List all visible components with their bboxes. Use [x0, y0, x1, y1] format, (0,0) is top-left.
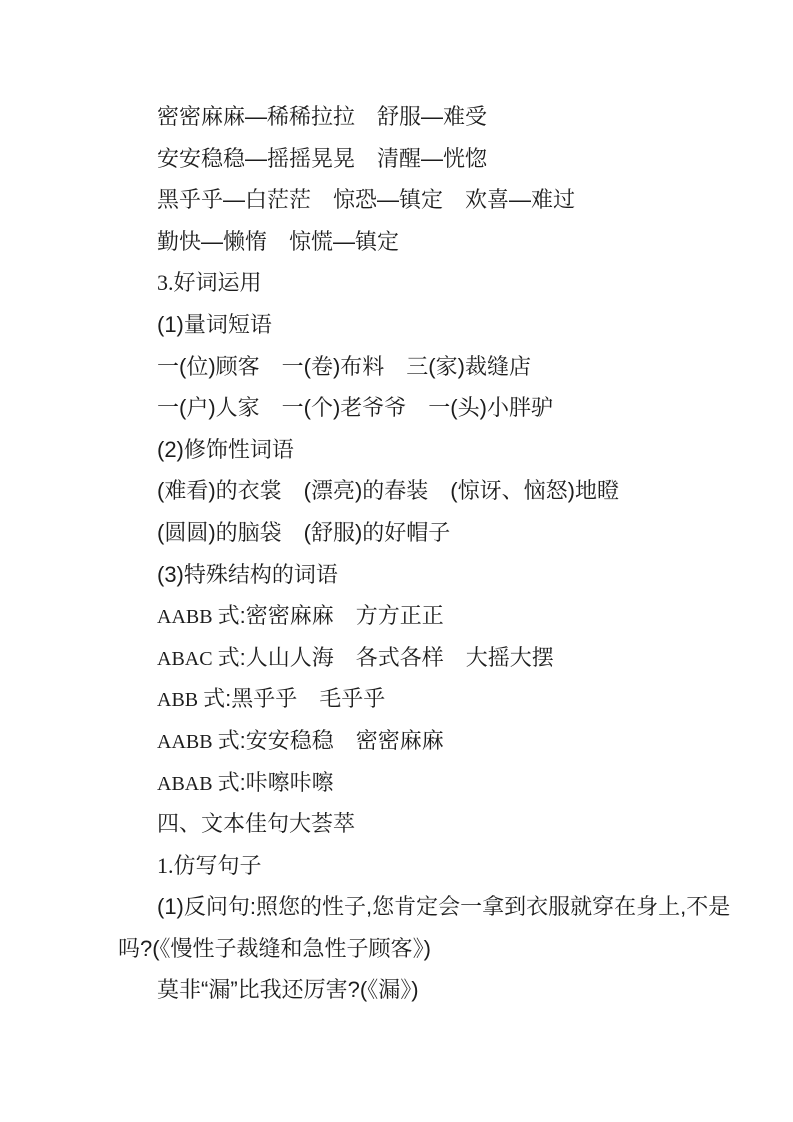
doc-line-text: 式:人山人海 各式各样 大摇大摆 [218, 645, 554, 670]
doc-line-text: 一(位)顾客 一(卷)布料 三(家)裁缝店 [157, 354, 531, 379]
doc-line-rhetorical-question-part1: (1)反问句:照您的性子,您肯定会一拿到衣服就穿在身上,不是 [118, 886, 718, 928]
doc-line-pattern-abac: ABAC 式:人山人海 各式各样 大摇大摆 [118, 637, 718, 679]
doc-line-antonyms-4: 勤快—懒惰 惊慌—镇定 [118, 221, 718, 263]
latin-pattern-prefix: ABAB [157, 773, 218, 795]
doc-line-antonyms-2: 安安稳稳—摇摇晃晃 清醒—恍惚 [118, 138, 718, 180]
doc-line-antonyms-1: 密密麻麻—稀稀拉拉 舒服—难受 [118, 96, 718, 138]
doc-line-measure-words-1: 一(位)顾客 一(卷)布料 三(家)裁缝店 [118, 346, 718, 388]
latin-pattern-prefix: ABAC [157, 648, 218, 670]
doc-line-text: 式:黑乎乎 毛乎乎 [203, 686, 385, 711]
doc-line-modifiers-1: (难看)的衣裳 (漂亮)的春装 (惊讶、恼怒)地瞪 [118, 470, 718, 512]
doc-line-text: (2)修饰性词语 [157, 437, 294, 462]
doc-line-modifiers-2: (圆圆)的脑袋 (舒服)的好帽子 [118, 512, 718, 554]
doc-line-text: 1.仿写句子 [157, 853, 262, 878]
doc-line-text: 式:咔嚓咔嚓 [218, 770, 334, 795]
doc-heading-section-four: 四、文本佳句大荟萃 [118, 803, 718, 845]
latin-pattern-prefix: AABB [157, 731, 218, 753]
doc-subheading-modifiers: (2)修饰性词语 [118, 429, 718, 471]
doc-line-text: 式:安安稳稳 密密麻麻 [218, 728, 444, 753]
doc-heading-good-words: 3.好词运用 [118, 262, 718, 304]
doc-line-pattern-aabb-2: AABB 式:安安稳稳 密密麻麻 [118, 720, 718, 762]
doc-line-text: 勤快—懒惰 惊慌—镇定 [157, 229, 399, 254]
document-page: 密密麻麻—稀稀拉拉 舒服—难受 安安稳稳—摇摇晃晃 清醒—恍惚 黑乎乎—白茫茫 … [0, 0, 793, 1122]
doc-line-text: (圆圆)的脑袋 (舒服)的好帽子 [157, 520, 450, 545]
document-text-block: 密密麻麻—稀稀拉拉 舒服—难受 安安稳稳—摇摇晃晃 清醒—恍惚 黑乎乎—白茫茫 … [118, 96, 718, 1011]
doc-line-pattern-abb: ABB 式:黑乎乎 毛乎乎 [118, 678, 718, 720]
doc-line-pattern-abab: ABAB 式:咔嚓咔嚓 [118, 762, 718, 804]
doc-line-text: (难看)的衣裳 (漂亮)的春装 (惊讶、恼怒)地瞪 [157, 478, 619, 503]
doc-line-pattern-aabb-1: AABB 式:密密麻麻 方方正正 [118, 595, 718, 637]
doc-line-text: 四、文本佳句大荟萃 [157, 811, 355, 836]
doc-line-text: 式:密密麻麻 方方正正 [218, 603, 444, 628]
doc-heading-imitate-sentences: 1.仿写句子 [118, 845, 718, 887]
doc-line-rhetorical-question-part2: 吗?(《慢性子裁缝和急性子顾客》) [118, 928, 718, 970]
doc-line-text: 3.好词运用 [157, 270, 262, 295]
latin-pattern-prefix: ABB [157, 689, 203, 711]
doc-line-text: 莫非“漏”比我还厉害?(《漏》) [157, 977, 419, 1002]
doc-line-text: (1)反问句:照您的性子,您肯定会一拿到衣服就穿在身上,不是 [157, 894, 730, 919]
doc-line-text: 安安稳稳—摇摇晃晃 清醒—恍惚 [157, 146, 487, 171]
doc-line-text: 黑乎乎—白茫茫 惊恐—镇定 欢喜—难过 [157, 187, 575, 212]
doc-line-text: (3)特殊结构的词语 [157, 562, 338, 587]
doc-line-antonyms-3: 黑乎乎—白茫茫 惊恐—镇定 欢喜—难过 [118, 179, 718, 221]
doc-line-text: 一(户)人家 一(个)老爷爷 一(头)小胖驴 [157, 395, 553, 420]
latin-pattern-prefix: AABB [157, 606, 218, 628]
doc-line-measure-words-2: 一(户)人家 一(个)老爷爷 一(头)小胖驴 [118, 387, 718, 429]
doc-line-text: 密密麻麻—稀稀拉拉 舒服—难受 [157, 104, 487, 129]
doc-line-text: (1)量词短语 [157, 312, 272, 337]
doc-line-leak-quote: 莫非“漏”比我还厉害?(《漏》) [118, 969, 718, 1011]
doc-subheading-measure-words: (1)量词短语 [118, 304, 718, 346]
doc-subheading-special-structures: (3)特殊结构的词语 [118, 554, 718, 596]
doc-line-text: 吗?(《慢性子裁缝和急性子顾客》) [118, 936, 431, 961]
